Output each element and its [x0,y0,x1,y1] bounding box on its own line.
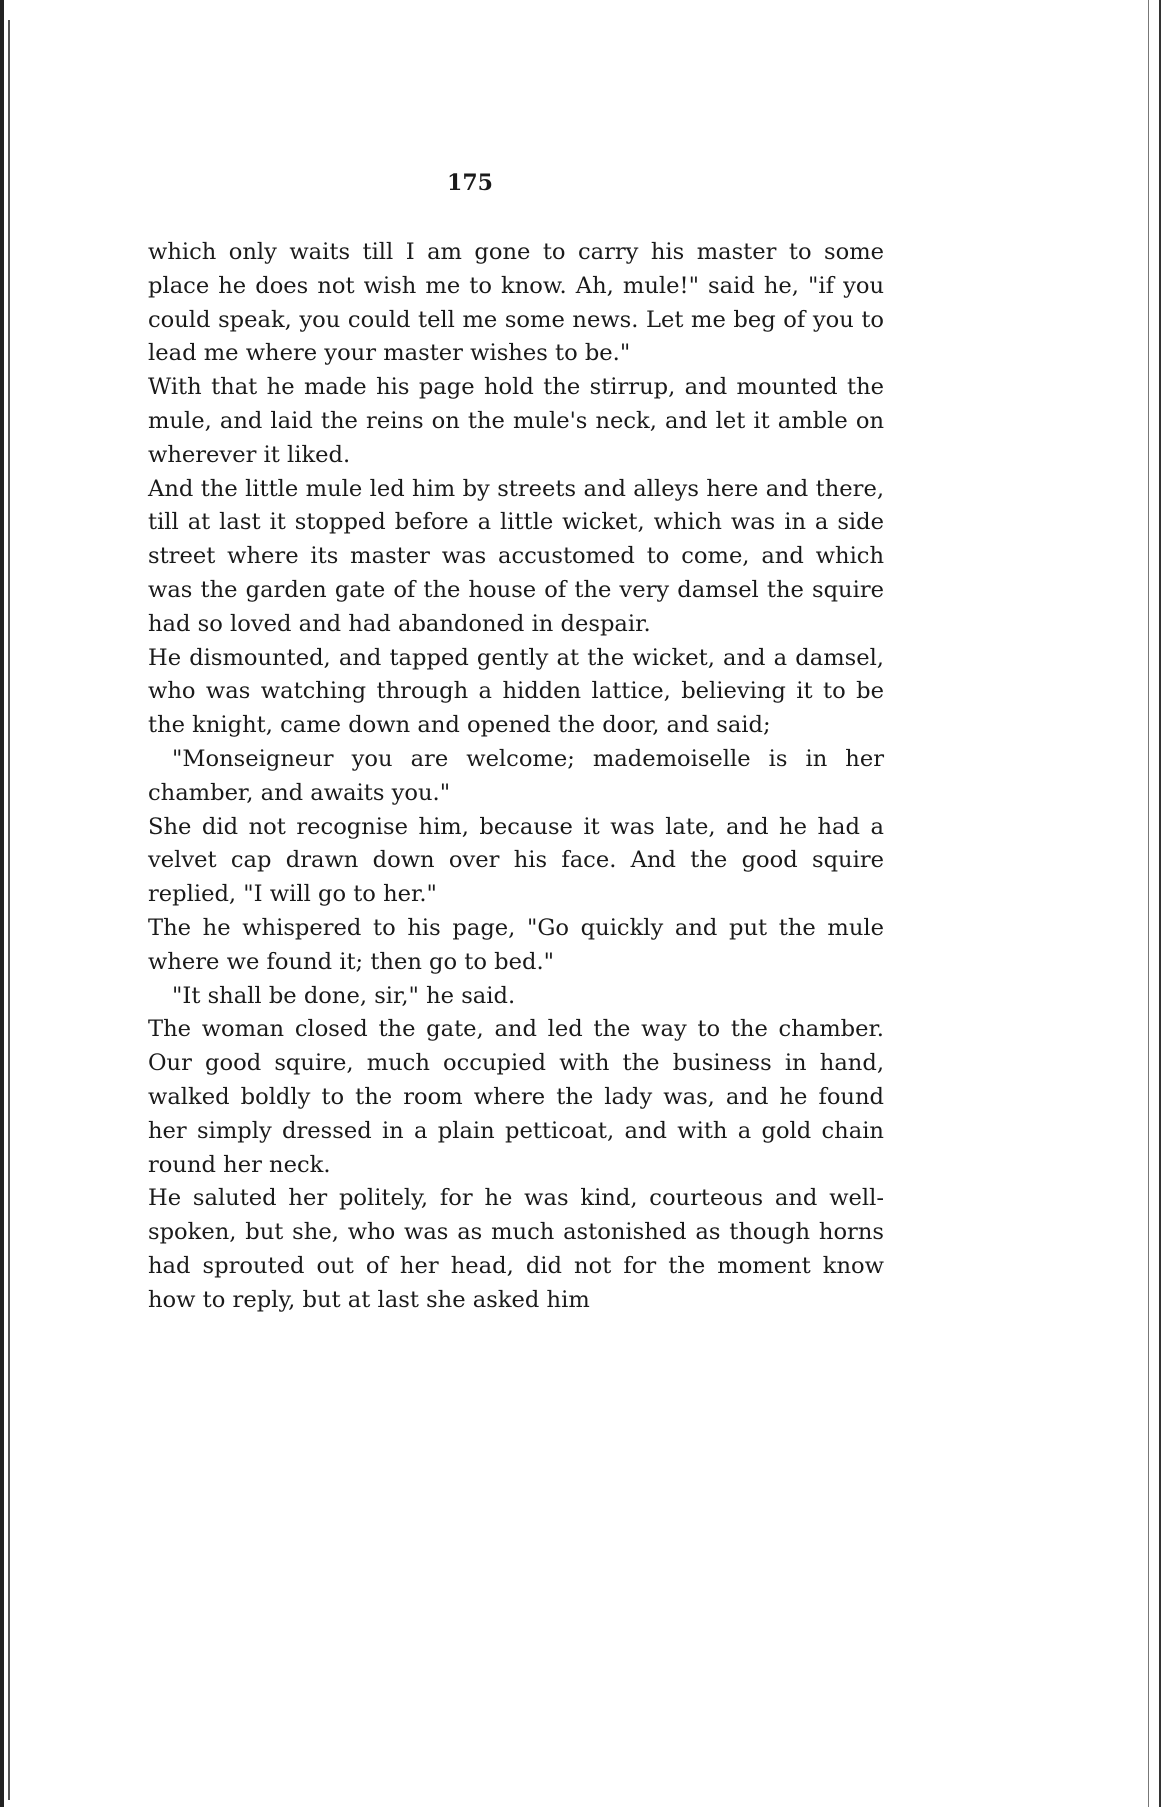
scan-edge-right [1159,0,1161,1807]
scan-edge-left [0,0,4,1807]
scan-edge-right-inner [1148,0,1149,1807]
body-text: which only waits till I am gone to carry… [148,236,884,1318]
paragraph: "It shall be done, sir," he said. [148,980,884,1014]
paragraph: "Monseigneur you are welcome; mademoisel… [148,743,884,811]
page-number: 175 [0,170,940,196]
paragraph: The woman closed the gate, and led the w… [148,1013,884,1182]
paragraph: He saluted her politely, for he was kind… [148,1182,884,1317]
paragraph: The he whispered to his page, "Go quickl… [148,912,884,980]
scan-edge-left-inner [8,20,10,1800]
paragraph: which only waits till I am gone to carry… [148,236,884,371]
paragraph: He dismounted, and tapped gently at the … [148,642,884,743]
paragraph: She did not recognise him, because it wa… [148,811,884,912]
paragraph: And the little mule led him by streets a… [148,473,884,642]
paragraph: With that he made his page hold the stir… [148,371,884,472]
